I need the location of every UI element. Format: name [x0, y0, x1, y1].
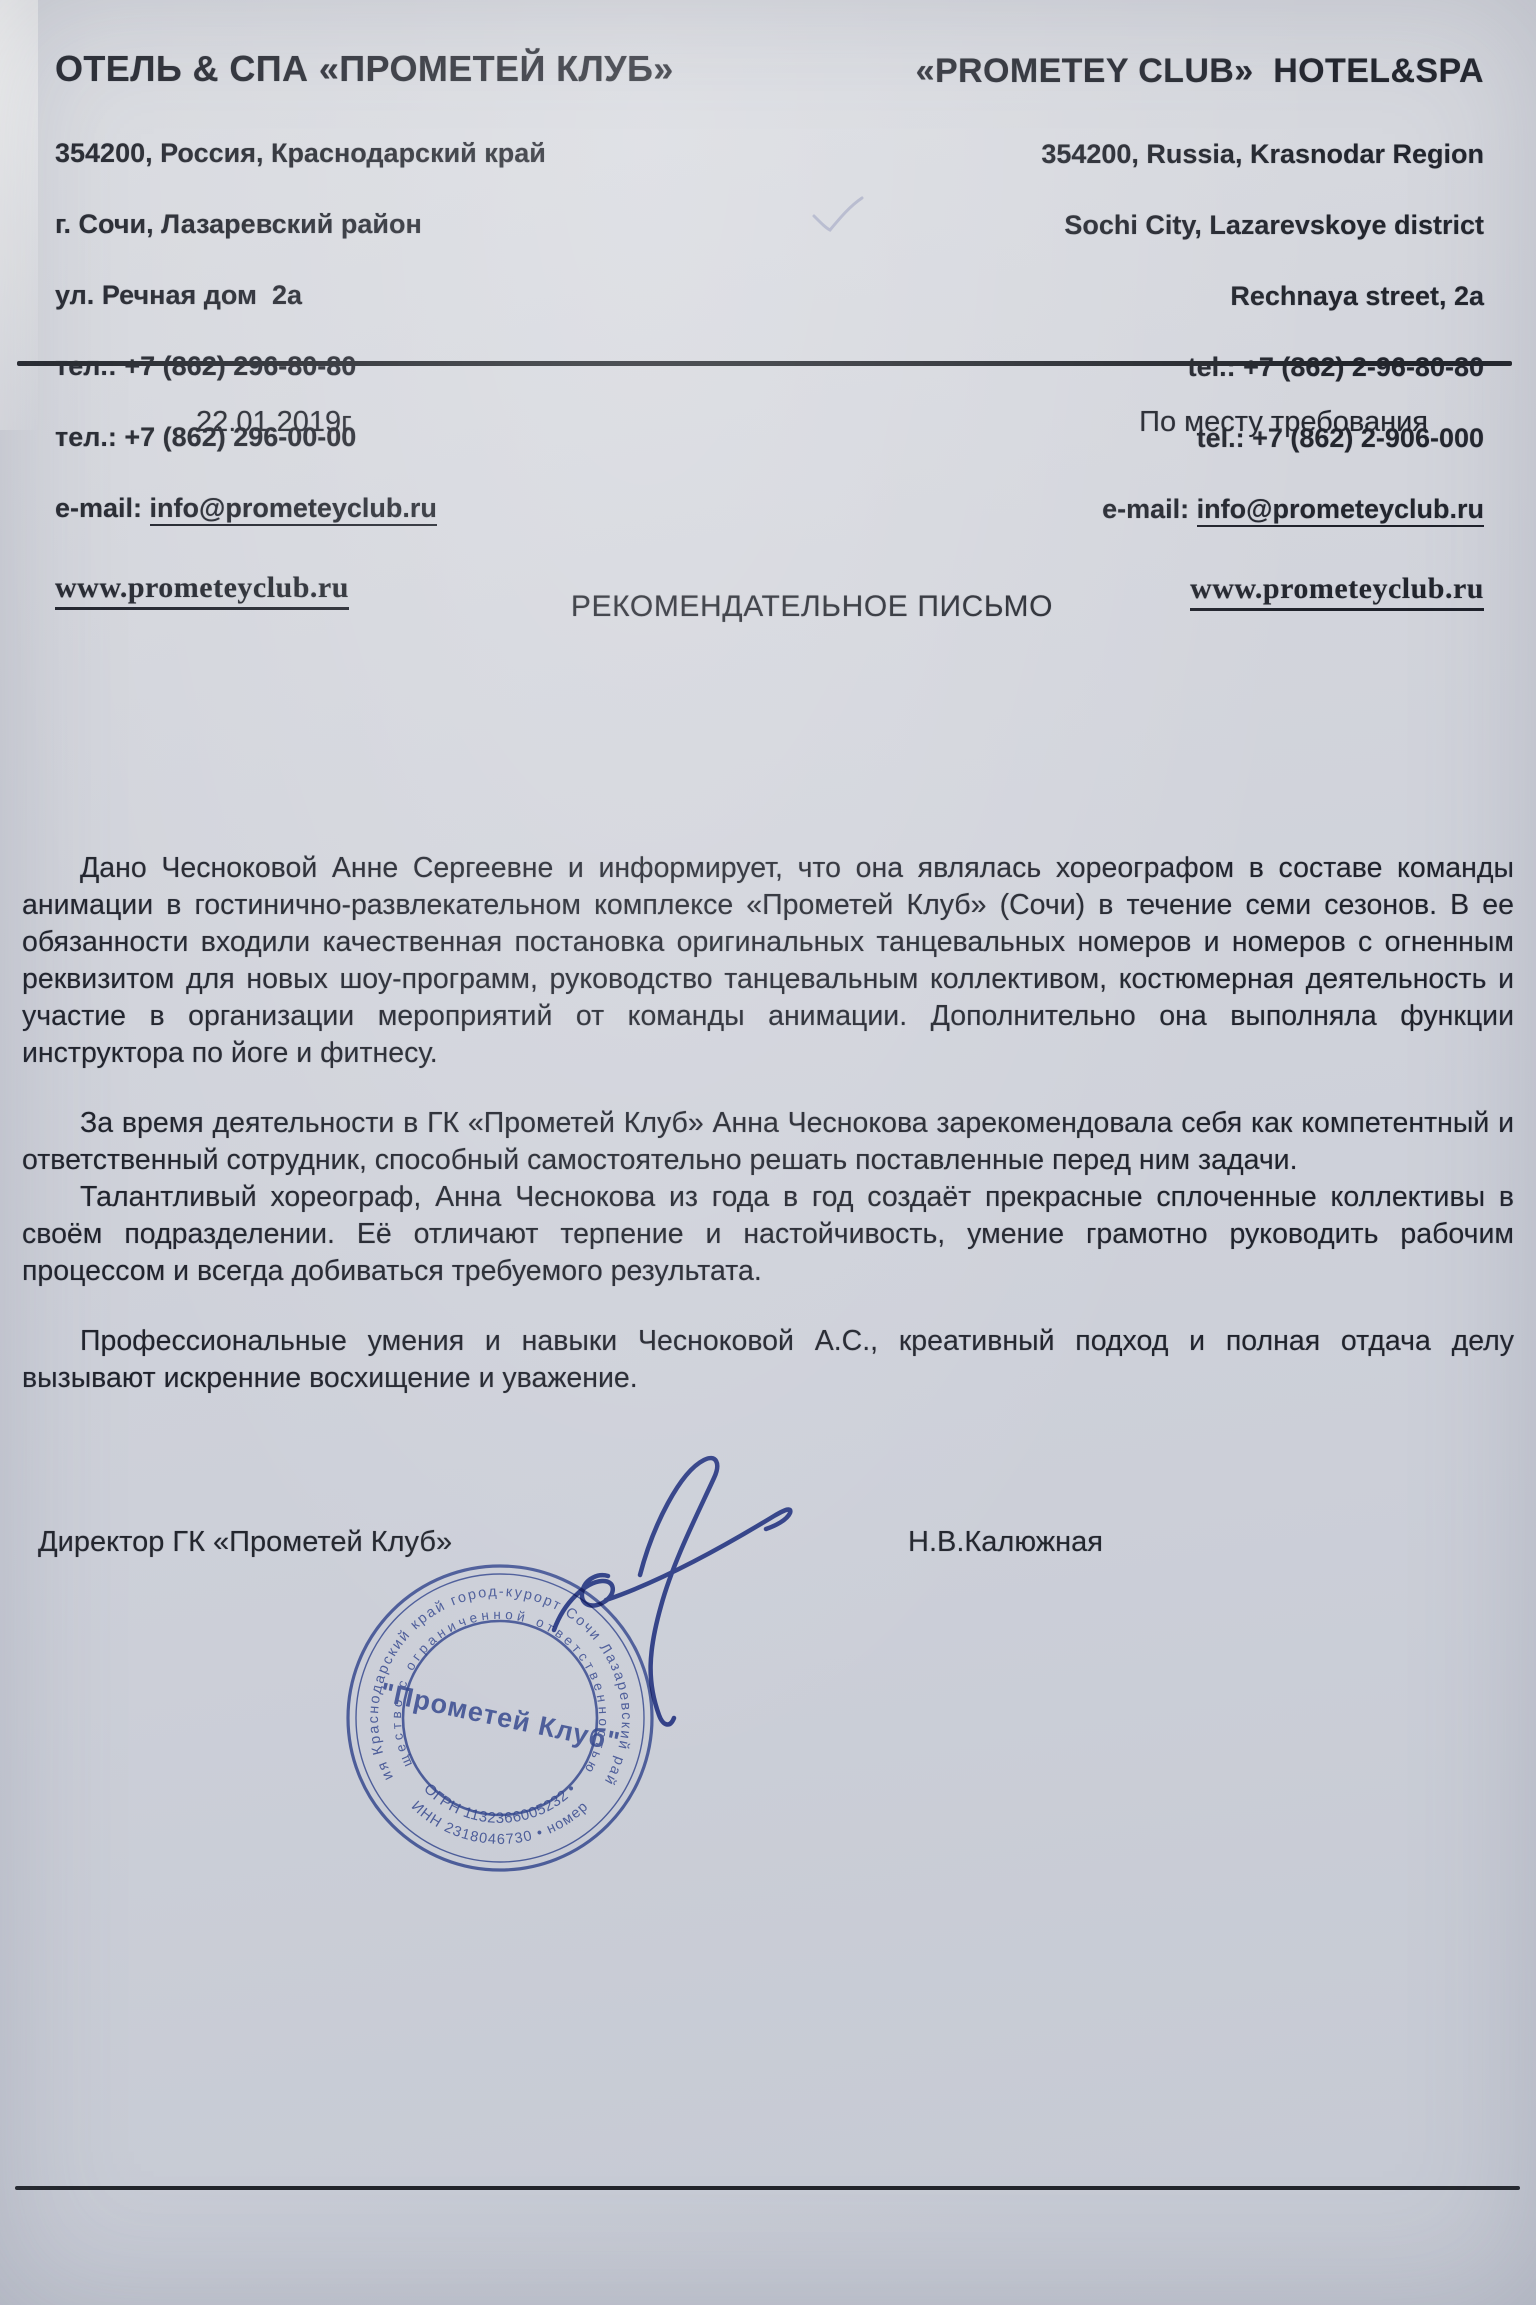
- letterhead-russian: ОТЕЛЬ & СПА «ПРОМЕТЕЙ КЛУБ» 354200, Росс…: [55, 12, 674, 646]
- address-line: 354200, Россия, Краснодарский край: [55, 136, 674, 171]
- phone-line: тел.: +7 (862) 296-80-80: [55, 349, 674, 384]
- letterhead-english: «PROMETEY CLUB» HOTEL&SPA 354200, Russia…: [916, 16, 1484, 647]
- letter-date: 22.01.2019г: [196, 406, 352, 439]
- pen-mark-artifact: [800, 190, 890, 250]
- address-line: Sochi City, Lazarevskoye district: [916, 208, 1484, 243]
- email-label: e-mail:: [1102, 494, 1197, 524]
- address-line: г. Сочи, Лазаревский район: [55, 207, 674, 242]
- email-address: info@prometeyclub.ru: [150, 493, 437, 526]
- address-line: Rechnaya street, 2a: [916, 279, 1484, 314]
- letter-title: РЕКОМЕНДАТЕЛЬНОЕ ПИСЬМО: [0, 590, 1536, 624]
- address-line: ул. Речная дом 2а: [55, 278, 674, 313]
- scanned-letter-page: ОТЕЛЬ & СПА «ПРОМЕТЕЙ КЛУБ» 354200, Росс…: [0, 0, 1536, 2305]
- email-line: e-mail: info@prometeyclub.ru: [55, 491, 674, 526]
- email-label: e-mail:: [55, 493, 150, 523]
- address-line: 354200, Russia, Krasnodar Region: [916, 137, 1484, 172]
- phone-line: tel.: +7 (862) 2-96-80-80: [916, 350, 1484, 385]
- footer-line: [15, 2186, 1520, 2190]
- paragraph: За время деятельности в ГК «Прометей Клу…: [22, 1105, 1514, 1179]
- signature-name: Н.В.Калюжная: [908, 1526, 1103, 1559]
- email-line: e-mail: info@prometeyclub.ru: [916, 492, 1484, 527]
- email-address: info@prometeyclub.ru: [1197, 494, 1484, 527]
- letter-body: Дано Чесноковой Анне Сергеевне и информи…: [22, 850, 1514, 1397]
- recipient-note: По месту требования: [1139, 406, 1428, 439]
- handwritten-signature: [520, 1420, 820, 1740]
- paragraph: Талантливый хореограф, Анна Чеснокова из…: [22, 1179, 1514, 1290]
- paragraph: Дано Чесноковой Анне Сергеевне и информи…: [22, 850, 1514, 1072]
- hotel-name-en: «PROMETEY CLUB» HOTEL&SPA: [916, 52, 1484, 91]
- phone-line: тел.: +7 (862) 296-00-00: [55, 420, 674, 455]
- hotel-name-ru: ОТЕЛЬ & СПА «ПРОМЕТЕЙ КЛУБ»: [55, 48, 674, 90]
- paragraph: Профессиональные умения и навыки Чесноко…: [22, 1323, 1514, 1397]
- header-divider-line: [17, 361, 1512, 366]
